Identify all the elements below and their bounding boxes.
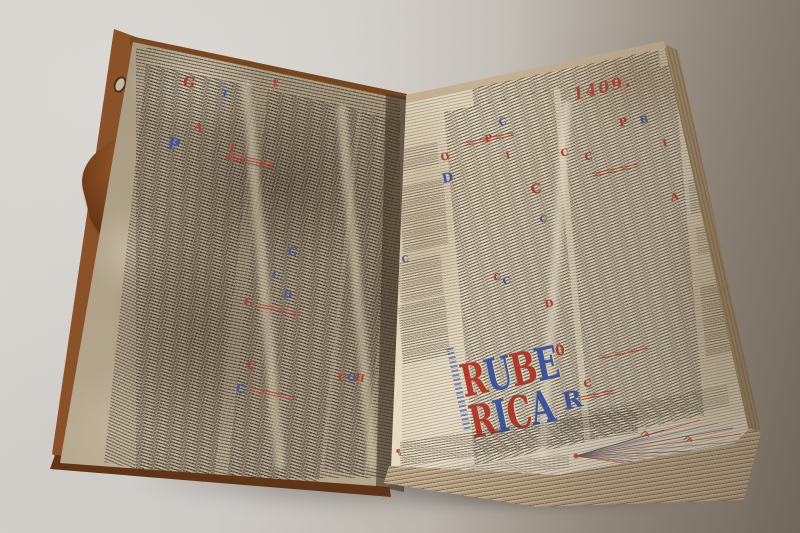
pen-flourished-initial: C <box>235 382 247 396</box>
pen-flourished-initial: A <box>193 121 204 134</box>
photograph-open-manuscript: GTAPI¶CGCDCCCOII 1409. RUBEoRICAR ¶CPIOD… <box>0 0 800 533</box>
pen-flourished-initial: D <box>282 290 293 302</box>
